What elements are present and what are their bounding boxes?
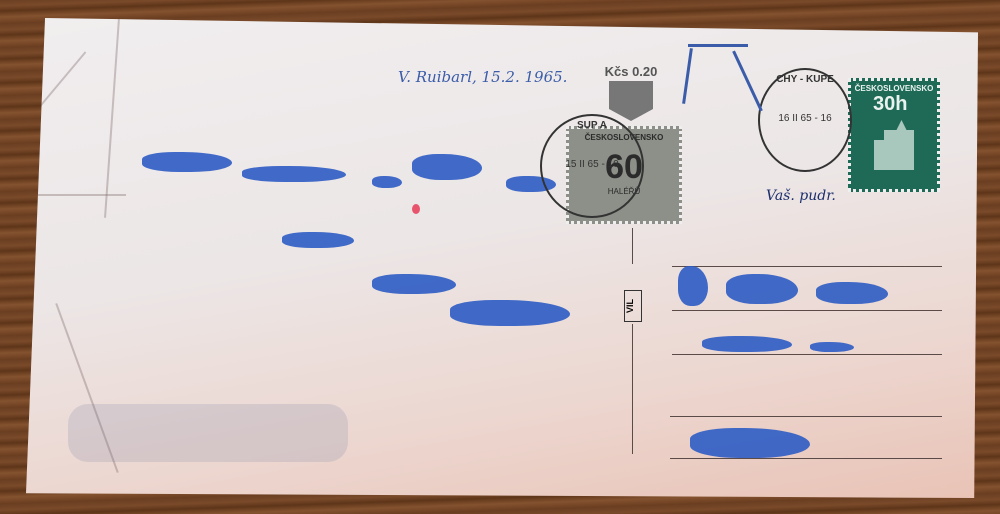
- faded-writing: [68, 404, 348, 462]
- redaction-blot: [142, 152, 232, 172]
- pen-mark: [688, 44, 748, 47]
- stamp-country: ČESKOSLOVENSKO: [851, 84, 937, 93]
- postmark-1: SUP A 15 II 65 - 10: [540, 114, 644, 218]
- redaction-blot: [810, 342, 854, 352]
- address-line: [672, 310, 942, 311]
- stamp-30h: ČESKOSLOVENSKO 30h: [848, 78, 940, 192]
- castle-icon: [869, 120, 919, 170]
- stamp-value: 30h: [873, 93, 937, 116]
- crease: [104, 18, 120, 218]
- redaction-blot: [412, 154, 482, 180]
- handwritten-note: Vaš. pudr.: [766, 188, 836, 204]
- pen-mark: [682, 48, 693, 104]
- postmark-date: 16 II 65 - 16: [760, 113, 850, 124]
- redaction-blot: [372, 176, 402, 188]
- redaction-blot: [282, 232, 354, 248]
- address-line: [672, 266, 942, 267]
- publisher-mark: VIL: [624, 290, 642, 322]
- crease: [8, 51, 87, 144]
- redaction-blot: [816, 282, 888, 304]
- postmark-2: CHY - KUPE 16 II 65 - 16: [758, 68, 852, 172]
- address-line: [670, 416, 942, 417]
- postmark-date: 15 II 65 - 10: [542, 159, 642, 170]
- address-line: [670, 458, 942, 459]
- redaction-blot: [372, 274, 456, 294]
- crease: [36, 194, 126, 196]
- postmark-place: CHY - KUPE: [760, 74, 850, 85]
- redaction-blot: [450, 300, 570, 326]
- divider-line: [632, 324, 633, 454]
- red-spot: [412, 204, 420, 214]
- handwritten-header: V. Ruibarl, 15.2. 1965.: [398, 68, 567, 86]
- coat-of-arms-icon: [609, 81, 653, 121]
- redaction-blot: [726, 274, 798, 304]
- redaction-blot: [690, 428, 810, 458]
- divider-line: [632, 228, 633, 264]
- redaction-blot: [242, 166, 346, 182]
- postcard: V. Ruibarl, 15.2. 1965. Vaš. pudr. VIL K…: [26, 18, 978, 498]
- redaction-blot: [678, 266, 708, 306]
- postmark-place: SUP A: [542, 120, 642, 131]
- indicia-value: Kčs 0.20: [592, 64, 670, 79]
- redaction-blot: [702, 336, 792, 352]
- pen-mark: [732, 50, 763, 111]
- address-line: [672, 354, 942, 355]
